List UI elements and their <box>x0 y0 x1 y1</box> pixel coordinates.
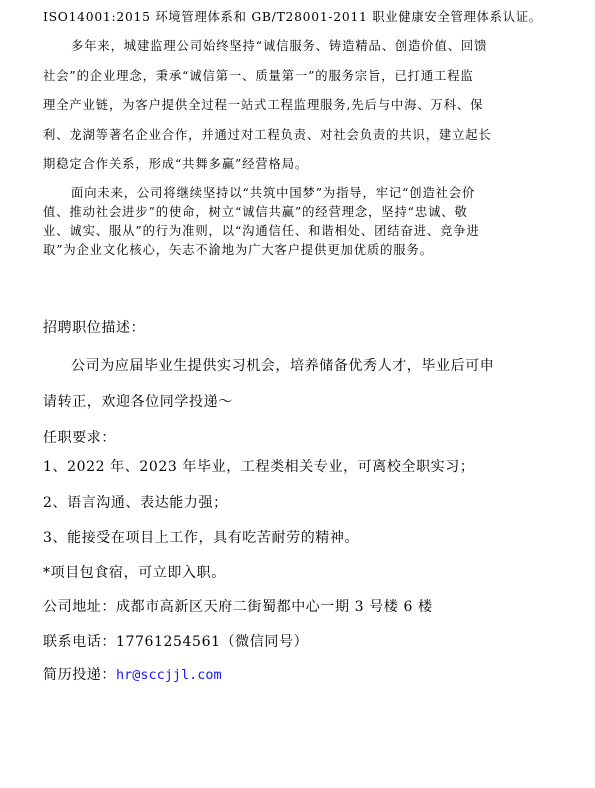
description-line: 请转正，欢迎各位同学投递～ <box>43 395 233 409</box>
email-label: 简历投递： <box>43 667 116 683</box>
paragraph-line: 多年来，城建监理公司始终坚持“诚信服务、铸造精品、创造价值、回馈 <box>71 40 487 52</box>
paragraph-line: 值、推动社会进步”的使命，树立“诚信共赢”的经营理念，坚持“忠诚、敬 <box>43 206 468 218</box>
phone-row: 联系电话：17761254561（微信同号） <box>43 635 308 649</box>
paragraph-line: 期稳定合作关系，形成“共舞多赢”经营格局。 <box>43 158 308 170</box>
benefits-note: *项目包食宿，可立即入职。 <box>43 566 226 580</box>
requirements-heading: 任职要求： <box>43 431 116 445</box>
certification-line: ISO14001:2015 环境管理体系和 GB/T28001-2011 职业健… <box>43 11 542 23</box>
requirement-item: 1、2022 年、2023 年毕业，工程类相关专业，可离校全职实习； <box>43 460 474 474</box>
recruitment-heading: 招聘职位描述： <box>43 321 145 335</box>
email-row: 简历投递：hr@sccjjl.com <box>43 668 222 683</box>
requirement-item: 2、语言沟通、表达能力强； <box>43 496 228 510</box>
address-row: 公司地址：成都市高新区天府二街蜀都中心一期 3 号楼 6 楼 <box>43 600 433 614</box>
phone-value: 17761254561（微信同号） <box>116 634 308 650</box>
address-label: 公司地址： <box>43 599 116 615</box>
address-value: 成都市高新区天府二街蜀都中心一期 3 号楼 6 楼 <box>116 599 433 615</box>
requirement-item: 3、能接受在项目上工作，具有吃苦耐劳的精神。 <box>43 531 359 545</box>
email-link[interactable]: hr@sccjjl.com <box>116 667 222 683</box>
phone-label: 联系电话： <box>43 634 116 650</box>
paragraph-line: 理全产业链，为客户提供全过程一站式工程监理服务,先后与中海、万科、保 <box>43 99 483 111</box>
description-line: 公司为应届毕业生提供实习机会，培养储备优秀人才，毕业后可申 <box>71 359 494 373</box>
paragraph-line: 面向未来，公司将继续坚持以“共筑中国梦”为指导，牢记“创造社会价 <box>71 187 475 199</box>
paragraph-line: 利、龙湖等著名企业合作，并通过对工程负责、对社会负责的共识，建立起长 <box>43 129 492 141</box>
paragraph-line: 社会”的企业理念，秉承“诚信第一、质量第一”的服务宗旨，已打通工程监 <box>43 70 474 82</box>
paragraph-line: 业、诚实、服从”的行为准则，以“沟通信任、和谐相处、团结奋进、竞争进 <box>43 225 480 237</box>
paragraph-line: 取”为企业文化核心，矢志不渝地为广大客户提供更加优质的服务。 <box>43 244 433 256</box>
